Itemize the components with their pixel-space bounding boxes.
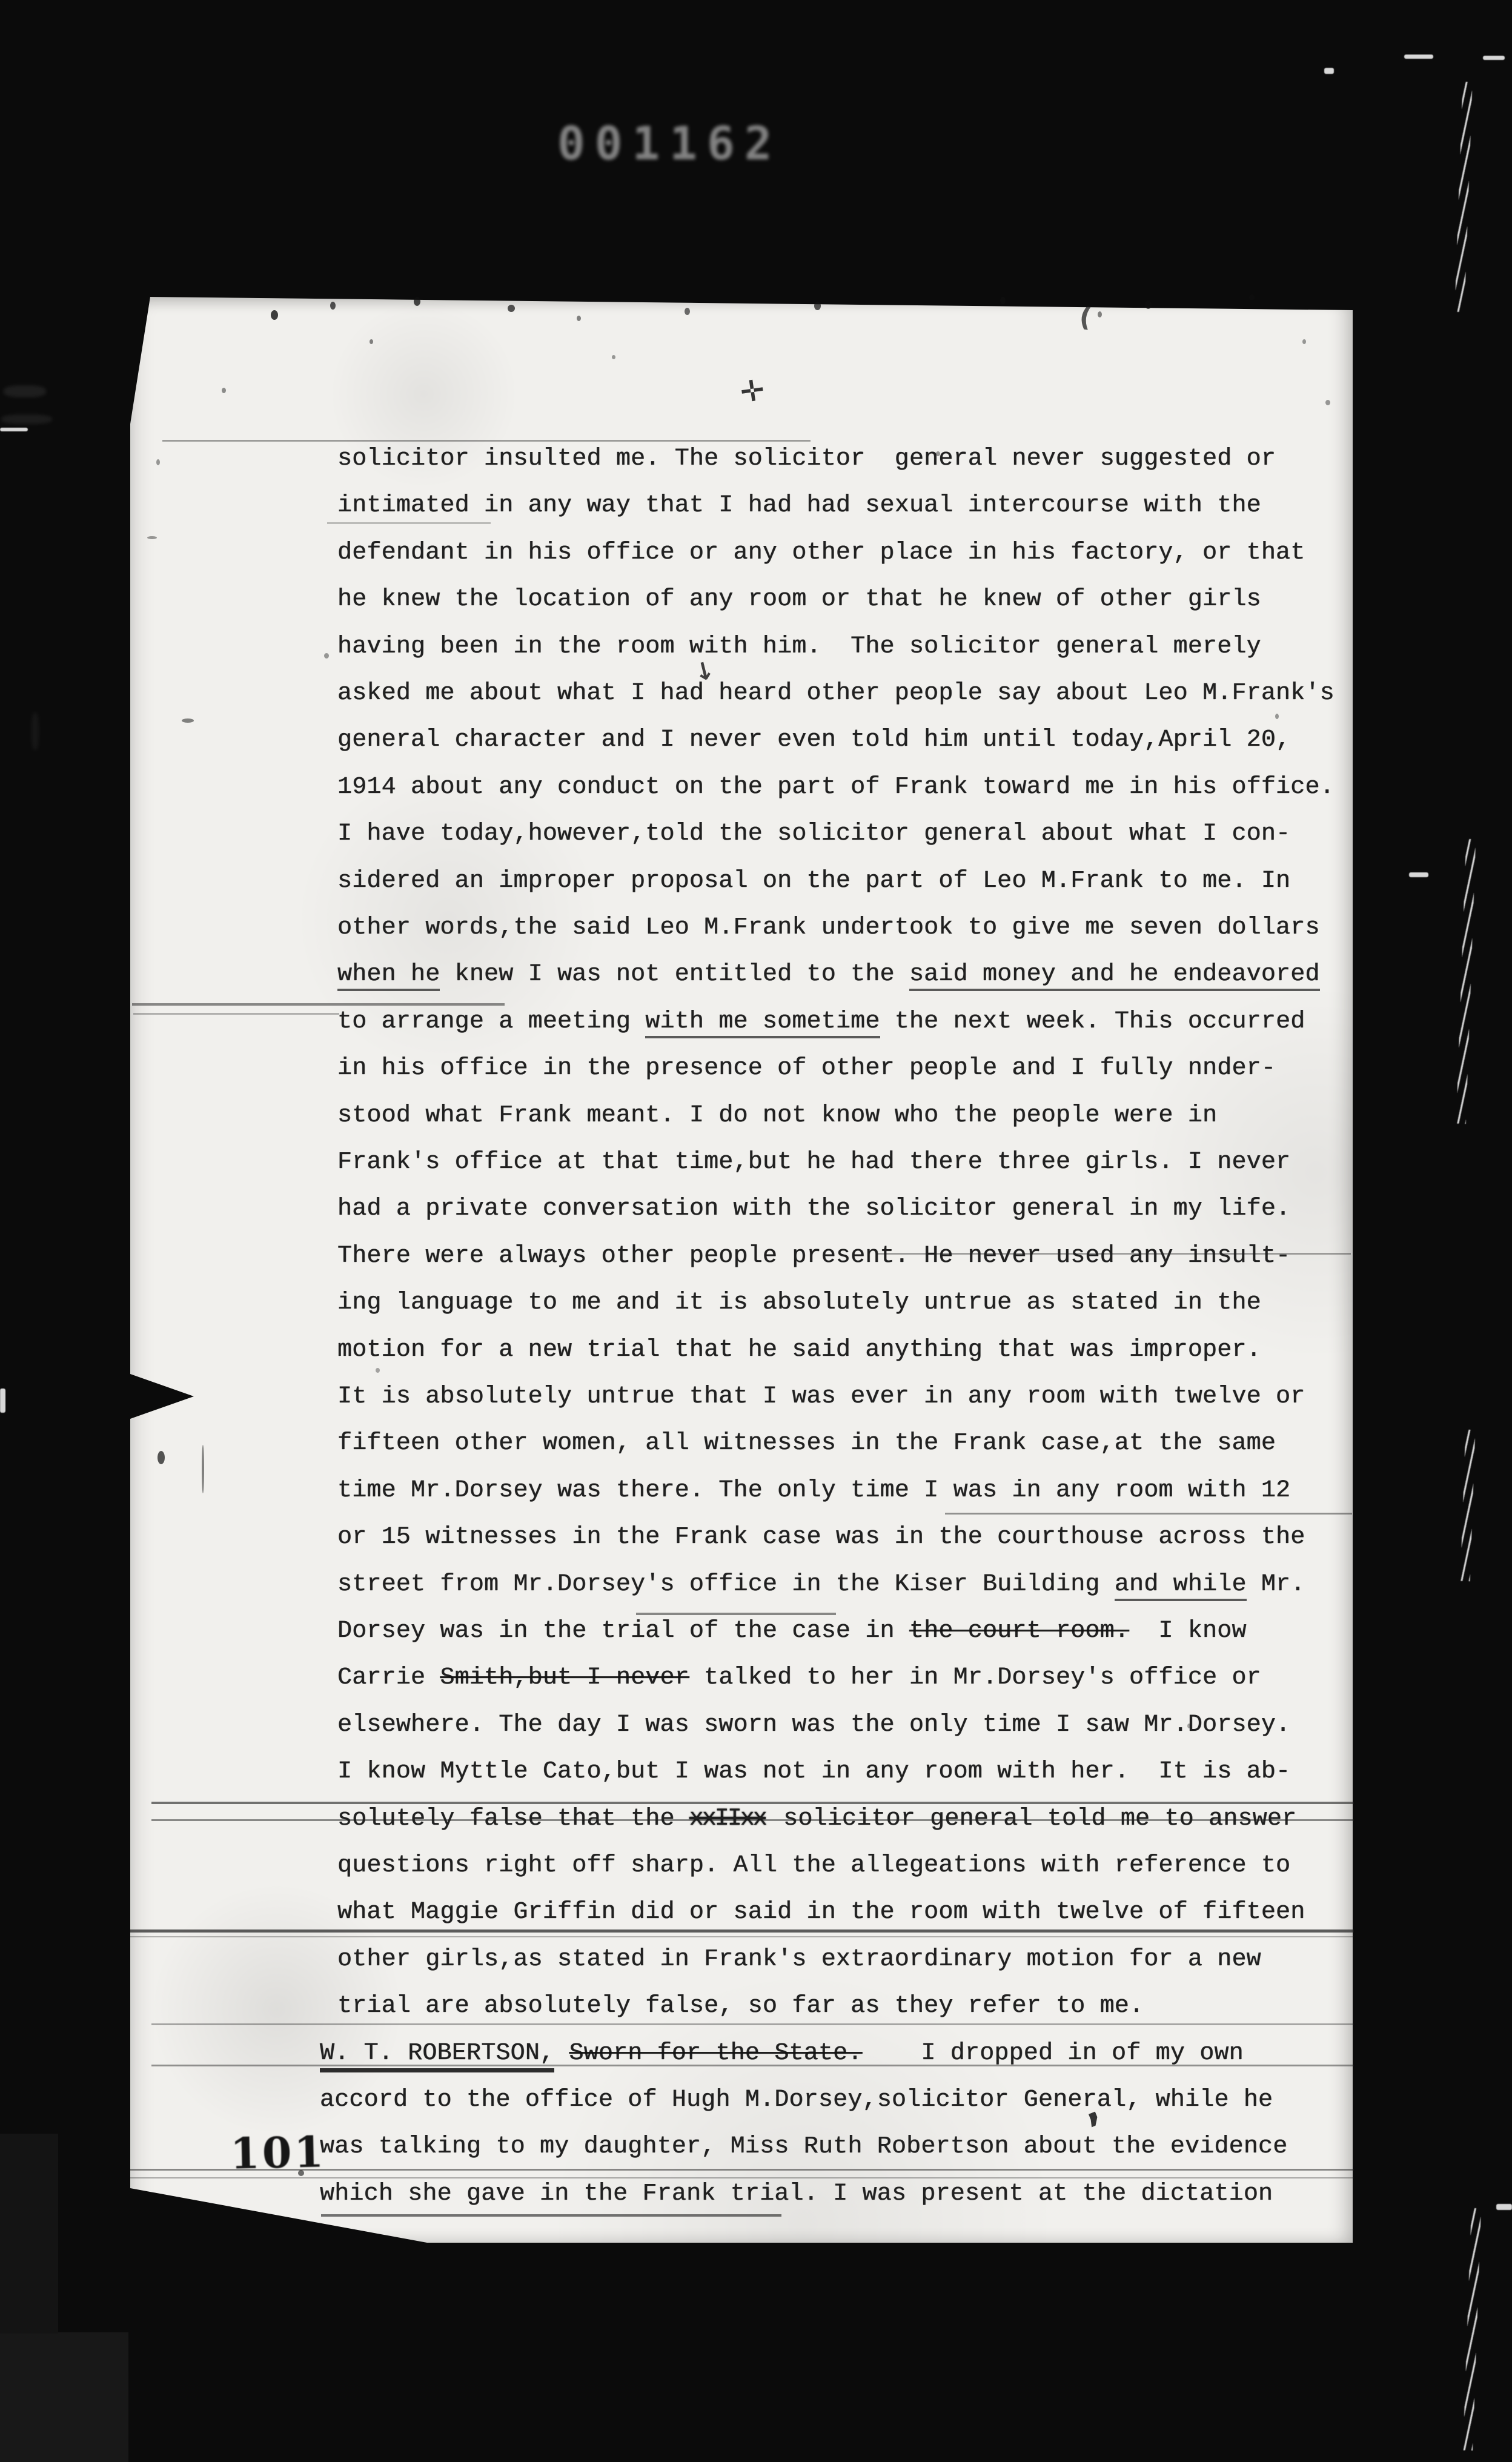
page-number-stamp: 101	[230, 2126, 327, 2178]
text-line: was talking to my daughter, Miss Ruth Ro…	[320, 2135, 1287, 2159]
text-line: time Mr.Dorsey was there. The only time …	[337, 1479, 1290, 1503]
document-text: solicitor insulted me. The solicitor gen…	[0, 0, 1512, 2462]
text-line: defendant in his office or any other pla…	[337, 541, 1305, 565]
text-line: what Maggie Griffin did or said in the r…	[337, 1900, 1305, 1925]
text-line: I have today,however,told the solicitor …	[337, 822, 1290, 846]
text-line: when he knew I was not entitled to the s…	[337, 963, 1320, 987]
text-line: intimated in any way that I had had sexu…	[337, 494, 1261, 518]
text-line: 1914 about any conduct on the part of Fr…	[337, 775, 1335, 800]
text-line: or 15 witnesses in the Frank case was in…	[337, 1525, 1305, 1550]
text-line: Carrie Smith,but I never talked to her i…	[337, 1666, 1261, 1690]
text-line: There were always other people present. …	[337, 1244, 1290, 1269]
text-line: It is absolutely untrue that I was ever …	[337, 1385, 1305, 1409]
text-line: trial are absolutely false, so far as th…	[337, 1994, 1144, 2019]
text-line: solicitor insulted me. The solicitor gen…	[337, 447, 1276, 471]
text-line: other words,the said Leo M.Frank underto…	[337, 916, 1320, 940]
text-line: elsewhere. The day I was sworn was the o…	[337, 1713, 1290, 1737]
text-line: fifteen other women, all witnesses in th…	[337, 1432, 1276, 1456]
text-line: Frank's office at that time,but he had t…	[337, 1150, 1290, 1175]
text-line: had a private conversation with the soli…	[337, 1197, 1290, 1221]
text-line: to arrange a meeting with me sometime th…	[337, 1010, 1305, 1034]
text-line: asked me about what I had heard other pe…	[337, 682, 1335, 706]
text-line: I know Myttle Cato,but I was not in any …	[337, 1760, 1290, 1784]
text-line: questions right off sharp. All the alleg…	[337, 1854, 1290, 1878]
text-line: in his office in the presence of other p…	[337, 1057, 1276, 1081]
film-background: 001162 ✛↓(, solicitor insulted me. The s…	[0, 0, 1512, 2462]
text-line: Dorsey was in the trial of the case in t…	[337, 1619, 1247, 1644]
text-line: having been in the room with him. The so…	[337, 635, 1261, 659]
text-line: solutely false that the xxIIxx solicitor…	[337, 1807, 1296, 1831]
text-line: stood what Frank meant. I do not know wh…	[337, 1104, 1217, 1128]
text-line: sidered an improper proposal on the part…	[337, 869, 1290, 894]
text-line: ing language to me and it is absolutely …	[337, 1291, 1261, 1315]
text-line: motion for a new trial that he said anyt…	[337, 1338, 1261, 1362]
text-line: he knew the location of any room or that…	[337, 588, 1261, 612]
text-line: general character and I never even told …	[337, 728, 1290, 752]
text-line: which she gave in the Frank trial. I was…	[320, 2182, 1273, 2206]
text-line: other girls,as stated in Frank's extraor…	[337, 1948, 1261, 1972]
text-line: accord to the office of Hugh M.Dorsey,so…	[320, 2088, 1273, 2112]
text-line: W. T. ROBERTSON, Sworn for the State. I …	[320, 2042, 1244, 2066]
text-line: street from Mr.Dorsey's office in the Ki…	[337, 1573, 1305, 1597]
